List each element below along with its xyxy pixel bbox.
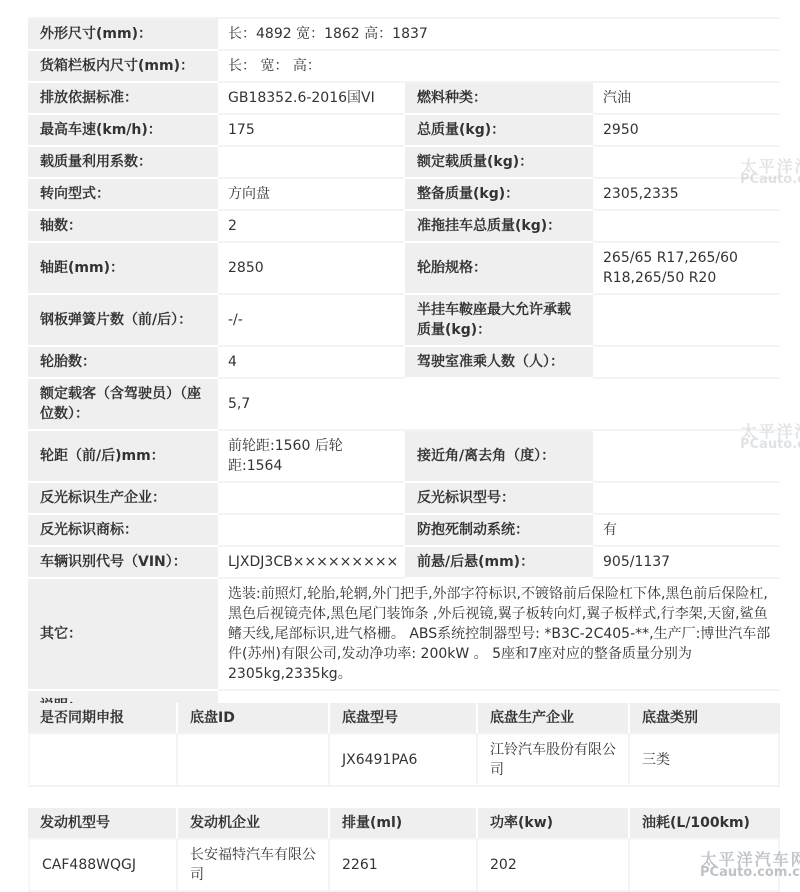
engine-table-header-cell-text: 发动机型号 bbox=[40, 815, 110, 831]
spec-row: 载质量利用系数：额定载质量(kg)： bbox=[28, 147, 780, 179]
spec-value-cell-text: GB18352.6-2016国VI bbox=[228, 88, 375, 108]
spec-label-cell: 燃料种类： bbox=[405, 83, 593, 115]
spec-label-cell: 车辆识别代号（VIN）： bbox=[28, 547, 218, 579]
chassis-table-data-cell bbox=[28, 733, 178, 787]
spec-value-cell bbox=[218, 515, 405, 547]
spec-value-cell-text: -/- bbox=[228, 310, 243, 330]
spec-label-cell: 钢板弹簧片数（前/后）： bbox=[28, 295, 218, 347]
spec-label-cell-text: 额定载客（含驾驶员）（座位数）： bbox=[40, 384, 208, 424]
spec-label-cell-text: 防抱死制动系统： bbox=[417, 520, 529, 540]
chassis-table-header-cell: 底盘ID bbox=[178, 703, 330, 733]
spec-label-cell-text: 转向型式： bbox=[40, 184, 110, 204]
spec-row: 转向型式：方向盘整备质量(kg)：2305,2335 bbox=[28, 179, 780, 211]
spec-value-cell-text: 5,7 bbox=[228, 394, 250, 414]
spec-value-cell: 2950 bbox=[593, 115, 780, 147]
spec-value-cell bbox=[593, 295, 780, 347]
spec-label-cell-text: 车辆识别代号（VIN）： bbox=[40, 552, 187, 572]
engine-table-data-cell: CAF488WQGJ bbox=[28, 838, 178, 892]
spec-value-cell-text: 2 bbox=[228, 216, 237, 236]
spec-label-cell: 轮距（前/后)mm： bbox=[28, 431, 218, 483]
spec-label-cell: 排放依据标准： bbox=[28, 83, 218, 115]
spec-label-cell-text: 额定载质量(kg)： bbox=[417, 152, 533, 172]
spec-label-cell: 反光标识商标： bbox=[28, 515, 218, 547]
spec-value-cell-text: 175 bbox=[228, 120, 255, 140]
engine-table-data-cell-text: 2261 bbox=[342, 855, 378, 875]
spec-label-cell: 载质量利用系数： bbox=[28, 147, 218, 179]
spec-row: 钢板弹簧片数（前/后）：-/-半挂车鞍座最大允许承载质量(kg)： bbox=[28, 295, 780, 347]
chassis-table-header-cell-text: 底盘型号 bbox=[342, 710, 398, 726]
spec-label-cell-text: 前悬/后悬(mm)： bbox=[417, 552, 534, 572]
spec-row: 车辆识别代号（VIN）：LJXDJ3CB×××××××××前悬/后悬(mm)：9… bbox=[28, 547, 780, 579]
chassis-table-data-cell: 三类 bbox=[630, 733, 780, 787]
engine-table-data-row: CAF488WQGJ长安福特汽车有限公司2261202 bbox=[28, 838, 780, 892]
spec-label-cell: 反光标识型号： bbox=[405, 483, 593, 515]
engine-table-header-cell-text: 功率(kw) bbox=[490, 815, 553, 831]
spec-label-cell: 接近角/离去角（度）： bbox=[405, 431, 593, 483]
spec-label-cell-text: 其它： bbox=[40, 624, 82, 644]
spec-label-cell: 总质量(kg)： bbox=[405, 115, 593, 147]
spec-value-cell: 175 bbox=[218, 115, 405, 147]
spec-value-cell: 长： 宽： 高： bbox=[218, 51, 780, 83]
spec-value-cell-text: 选装:前照灯,轮胎,轮辋,外门把手,外部字符标识,不镀铬前后保险杠下体,黑色前后… bbox=[228, 584, 772, 684]
chassis-table-data-cell: JX6491PA6 bbox=[330, 733, 478, 787]
spec-value-cell: -/- bbox=[218, 295, 405, 347]
engine-table-data-cell-text: CAF488WQGJ bbox=[42, 855, 136, 875]
page: 外形尺寸(mm)：长：4892 宽：1862 高：1837货箱栏板内尺寸(mm)… bbox=[0, 0, 800, 892]
chassis-table-header-row: 是否同期申报底盘ID底盘型号底盘生产企业底盘类别 bbox=[28, 703, 780, 733]
spec-value-cell-text: LJXDJ3CB××××××××× bbox=[228, 552, 398, 572]
chassis-table-data-cell-text: 三类 bbox=[642, 750, 670, 770]
spec-row: 其它：选装:前照灯,轮胎,轮辋,外门把手,外部字符标识,不镀铬前后保险杠下体,黑… bbox=[28, 579, 780, 691]
chassis-table-data-cell: 江铃汽车股份有限公司 bbox=[478, 733, 630, 787]
spec-value-cell-text: 有 bbox=[603, 520, 617, 540]
chassis-table-header-cell: 底盘类别 bbox=[630, 703, 780, 733]
spec-value-cell: 选装:前照灯,轮胎,轮辋,外门把手,外部字符标识,不镀铬前后保险杠下体,黑色前后… bbox=[218, 579, 780, 691]
engine-table-header-cell-text: 油耗(L/100km) bbox=[642, 815, 750, 831]
chassis-table-data-row: JX6491PA6江铃汽车股份有限公司三类 bbox=[28, 733, 780, 787]
engine-table-data-cell-text: 长安福特汽车有限公司 bbox=[190, 845, 318, 885]
spec-value-cell-text: 4 bbox=[228, 352, 237, 372]
engine-table-header-cell: 排量(ml) bbox=[330, 808, 478, 838]
spec-value-cell bbox=[593, 431, 780, 483]
spec-value-cell-text: 长： 宽： 高： bbox=[228, 56, 321, 76]
spec-label-cell: 准拖挂车总质量(kg)： bbox=[405, 211, 593, 243]
spec-label-cell-text: 最高车速(km/h)： bbox=[40, 120, 162, 140]
spec-value-cell-text: 汽油 bbox=[603, 88, 631, 108]
spec-row: 反光标识生产企业：反光标识型号： bbox=[28, 483, 780, 515]
engine-table-header-cell: 发动机型号 bbox=[28, 808, 178, 838]
spec-label-cell: 轮胎规格： bbox=[405, 243, 593, 295]
chassis-table-header-cell: 底盘生产企业 bbox=[478, 703, 630, 733]
spec-value-cell: 4 bbox=[218, 347, 405, 379]
engine-table-header-cell-text: 发动机企业 bbox=[190, 815, 260, 831]
chassis-table-data-cell bbox=[178, 733, 330, 787]
spec-row: 额定载客（含驾驶员）（座位数）：5,7 bbox=[28, 379, 780, 431]
spec-label-cell: 转向型式： bbox=[28, 179, 218, 211]
spec-label-cell: 防抱死制动系统： bbox=[405, 515, 593, 547]
spec-label-cell-text: 轮胎规格： bbox=[417, 258, 487, 278]
spec-value-cell: 2305,2335 bbox=[593, 179, 780, 211]
spec-label-cell-text: 外形尺寸(mm)： bbox=[40, 24, 152, 44]
spec-row: 反光标识商标：防抱死制动系统：有 bbox=[28, 515, 780, 547]
spec-label-cell: 驾驶室准乘人数（人）： bbox=[405, 347, 593, 379]
spec-label-cell-text: 反光标识商标： bbox=[40, 520, 138, 540]
spec-value-cell-text: 长：4892 宽：1862 高：1837 bbox=[228, 24, 428, 44]
spec-label-cell-text: 钢板弹簧片数（前/后）： bbox=[40, 310, 192, 330]
spec-value-cell-text: 265/65 R17,265/60 R18,265/50 R20 bbox=[603, 248, 772, 288]
engine-table-header-cell: 油耗(L/100km) bbox=[630, 808, 780, 838]
spec-label-cell-text: 燃料种类： bbox=[417, 88, 487, 108]
spec-value-cell: 5,7 bbox=[218, 379, 780, 431]
spec-value-cell: LJXDJ3CB××××××××× bbox=[218, 547, 405, 579]
spec-label-cell-text: 接近角/离去角（度）： bbox=[417, 446, 555, 466]
spec-label-cell: 额定载质量(kg)： bbox=[405, 147, 593, 179]
spec-row: 轮胎数：4驾驶室准乘人数（人）： bbox=[28, 347, 780, 379]
spec-label-cell-text: 轴数： bbox=[40, 216, 82, 236]
spec-label-cell: 轴距(mm)： bbox=[28, 243, 218, 295]
engine-table-header-cell: 功率(kw) bbox=[478, 808, 630, 838]
spec-value-cell bbox=[593, 147, 780, 179]
spec-value-cell bbox=[218, 147, 405, 179]
spec-label-cell-text: 准拖挂车总质量(kg)： bbox=[417, 216, 561, 236]
chassis-table-header-cell-text: 底盘ID bbox=[190, 710, 235, 726]
spec-value-cell-text: 2850 bbox=[228, 258, 264, 278]
spec-label-cell: 前悬/后悬(mm)： bbox=[405, 547, 593, 579]
spec-row: 外形尺寸(mm)：长：4892 宽：1862 高：1837 bbox=[28, 17, 780, 51]
spec-value-cell-text: 905/1137 bbox=[603, 552, 670, 572]
spec-value-cell-text: 方向盘 bbox=[228, 184, 270, 204]
chassis-table-header-cell-text: 是否同期申报 bbox=[40, 710, 124, 726]
spec-value-cell bbox=[593, 211, 780, 243]
spec-value-cell-text: 2950 bbox=[603, 120, 639, 140]
spec-value-cell bbox=[593, 347, 780, 379]
spec-value-cell: 2 bbox=[218, 211, 405, 243]
spec-label-cell-text: 载质量利用系数： bbox=[40, 152, 152, 172]
spec-label-cell: 反光标识生产企业： bbox=[28, 483, 218, 515]
spec-row: 轮距（前/后)mm：前轮距:1560 后轮距:1564接近角/离去角（度）： bbox=[28, 431, 780, 483]
spec-value-cell bbox=[593, 483, 780, 515]
spec-value-cell-text: 前轮距:1560 后轮距:1564 bbox=[228, 436, 397, 476]
spec-value-cell: 2850 bbox=[218, 243, 405, 295]
vehicle-spec-table: 外形尺寸(mm)：长：4892 宽：1862 高：1837货箱栏板内尺寸(mm)… bbox=[28, 17, 780, 755]
spec-label-cell-text: 总质量(kg)： bbox=[417, 120, 505, 140]
spec-label-cell-text: 轮距（前/后)mm： bbox=[40, 446, 165, 466]
engine-table-header-cell: 发动机企业 bbox=[178, 808, 330, 838]
engine-table-header-cell-text: 排量(ml) bbox=[342, 815, 402, 831]
spec-label-cell-text: 轴距(mm)： bbox=[40, 258, 124, 278]
spec-value-cell: 有 bbox=[593, 515, 780, 547]
spec-label-cell-text: 反光标识生产企业： bbox=[40, 488, 166, 508]
spec-label-cell: 轴数： bbox=[28, 211, 218, 243]
chassis-table-data-cell-text: 江铃汽车股份有限公司 bbox=[490, 740, 618, 780]
spec-row: 最高车速(km/h)：175总质量(kg)：2950 bbox=[28, 115, 780, 147]
spec-value-cell: GB18352.6-2016国VI bbox=[218, 83, 405, 115]
engine-table-data-cell: 2261 bbox=[330, 838, 478, 892]
spec-label-cell: 额定载客（含驾驶员）（座位数）： bbox=[28, 379, 218, 431]
spec-label-cell: 轮胎数： bbox=[28, 347, 218, 379]
spec-label-cell-text: 排放依据标准： bbox=[40, 88, 138, 108]
spec-row: 货箱栏板内尺寸(mm)：长： 宽： 高： bbox=[28, 51, 780, 83]
engine-table-data-cell: 202 bbox=[478, 838, 630, 892]
spec-value-cell-text: 2305,2335 bbox=[603, 184, 679, 204]
spec-value-cell bbox=[218, 483, 405, 515]
chassis-table-header-cell: 底盘型号 bbox=[330, 703, 478, 733]
spec-label-cell: 货箱栏板内尺寸(mm)： bbox=[28, 51, 218, 83]
engine-table-data-cell-text: 202 bbox=[490, 855, 517, 875]
spec-label-cell: 半挂车鞍座最大允许承载质量(kg)： bbox=[405, 295, 593, 347]
spec-label-cell-text: 反光标识型号： bbox=[417, 488, 515, 508]
chassis-table: 是否同期申报底盘ID底盘型号底盘生产企业底盘类别JX6491PA6江铃汽车股份有… bbox=[28, 703, 780, 787]
engine-table: 发动机型号发动机企业排量(ml)功率(kw)油耗(L/100km)CAF488W… bbox=[28, 808, 780, 892]
engine-table-header-row: 发动机型号发动机企业排量(ml)功率(kw)油耗(L/100km) bbox=[28, 808, 780, 838]
spec-row: 轴距(mm)：2850轮胎规格：265/65 R17,265/60 R18,26… bbox=[28, 243, 780, 295]
spec-label-cell-text: 驾驶室准乘人数（人）： bbox=[417, 352, 564, 372]
spec-value-cell: 汽油 bbox=[593, 83, 780, 115]
chassis-table-header-cell: 是否同期申报 bbox=[28, 703, 178, 733]
spec-value-cell: 前轮距:1560 后轮距:1564 bbox=[218, 431, 405, 483]
spec-value-cell: 方向盘 bbox=[218, 179, 405, 211]
spec-label-cell-text: 半挂车鞍座最大允许承载质量(kg)： bbox=[417, 300, 583, 340]
spec-label-cell: 外形尺寸(mm)： bbox=[28, 17, 218, 51]
chassis-table-data-cell-text: JX6491PA6 bbox=[342, 750, 417, 770]
spec-row: 轴数：2准拖挂车总质量(kg)： bbox=[28, 211, 780, 243]
spec-value-cell: 265/65 R17,265/60 R18,265/50 R20 bbox=[593, 243, 780, 295]
spec-label-cell-text: 货箱栏板内尺寸(mm)： bbox=[40, 56, 194, 76]
chassis-table-header-cell-text: 底盘生产企业 bbox=[490, 710, 574, 726]
spec-label-cell: 整备质量(kg)： bbox=[405, 179, 593, 211]
engine-table-data-cell: 长安福特汽车有限公司 bbox=[178, 838, 330, 892]
spec-label-cell-text: 轮胎数： bbox=[40, 352, 96, 372]
spec-row: 排放依据标准：GB18352.6-2016国VI燃料种类：汽油 bbox=[28, 83, 780, 115]
spec-label-cell: 最高车速(km/h)： bbox=[28, 115, 218, 147]
engine-table-data-cell bbox=[630, 838, 780, 892]
spec-label-cell-text: 整备质量(kg)： bbox=[417, 184, 519, 204]
spec-label-cell: 其它： bbox=[28, 579, 218, 691]
spec-value-cell: 905/1137 bbox=[593, 547, 780, 579]
chassis-table-header-cell-text: 底盘类别 bbox=[642, 710, 698, 726]
spec-value-cell: 长：4892 宽：1862 高：1837 bbox=[218, 17, 780, 51]
